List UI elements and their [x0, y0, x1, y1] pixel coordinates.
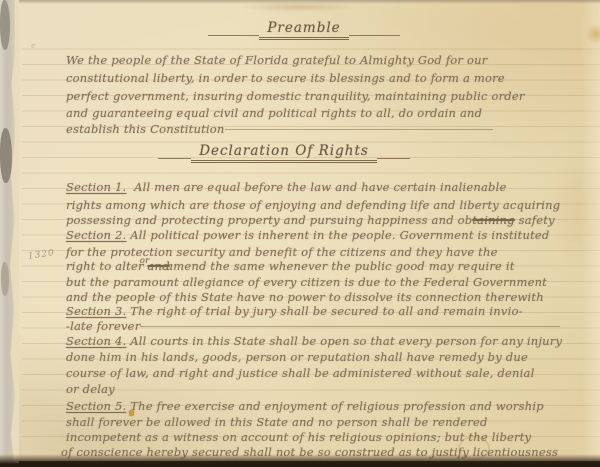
- ink-dot-stain: [129, 410, 134, 416]
- heading-rule-left: [158, 158, 191, 159]
- manuscript-line: done him in his lands, goods, person or …: [66, 350, 528, 364]
- inserted-word: or: [140, 256, 150, 266]
- manuscript-line: -late forever: [66, 319, 560, 333]
- line-text: rights among which are those of enjoying…: [66, 198, 560, 212]
- declaration-title: Declaration Of Rights: [191, 143, 377, 163]
- section-label: Section 4.: [66, 334, 126, 348]
- manuscript-line: possessing and protecting property and p…: [66, 213, 555, 227]
- line-text: All courts in this State shall be open s…: [126, 334, 562, 348]
- torn-edge-fragment: [0, 0, 10, 50]
- line-text: right to alter: [66, 259, 148, 273]
- heading-rule-left: [208, 35, 259, 36]
- marginal-note: 1320: [27, 248, 55, 262]
- manuscript-line: Section 1. All men are equal before the …: [66, 180, 506, 194]
- manuscript-line: perfect government, insuring domestic tr…: [66, 89, 525, 103]
- ink-stain: [586, 24, 600, 44]
- line-text: but the paramount allegiance of every ci…: [66, 275, 547, 289]
- line-text: possessing and protecting property and p…: [66, 213, 472, 227]
- line-text: The right of trial by jury shall be secu…: [126, 304, 522, 318]
- line-text: course of law, and right and justice sha…: [66, 366, 534, 380]
- line-text: shall forever be allowed in this State a…: [66, 415, 488, 429]
- manuscript-line: shall forever be allowed in this State a…: [66, 415, 488, 429]
- manuscript-line: for the protection security and benefit …: [66, 245, 498, 259]
- preamble-title: Preamble: [259, 20, 348, 40]
- line-text: perfect government, insuring domestic tr…: [66, 89, 525, 103]
- line-text: amend the same whenever the public good …: [162, 259, 514, 273]
- line-text: constitutional liberty, in order to secu…: [66, 71, 505, 85]
- section-label: Section 5.: [66, 399, 126, 413]
- heading-rule-right: [377, 158, 410, 159]
- manuscript-line: Section 4. All courts in this State shal…: [66, 334, 562, 348]
- page-top-shadow: [8, 0, 600, 4]
- line-text: All men are equal before the law and hav…: [126, 180, 506, 194]
- line-text: or delay: [66, 382, 115, 396]
- manuscript-line: but the paramount allegiance of every ci…: [66, 275, 547, 289]
- struck-word: taining: [472, 213, 514, 227]
- line-text: We the people of the State of Florida gr…: [66, 53, 487, 67]
- line-text: -late forever: [66, 319, 140, 333]
- manuscript-line: rights among which are those of enjoying…: [66, 198, 560, 212]
- section-label: Section 2.: [66, 228, 126, 242]
- line-text: and the people of this State have no pow…: [66, 290, 544, 304]
- manuscript-line: and the people of this State have no pow…: [66, 290, 544, 304]
- torn-edge-fragment: [1, 262, 9, 296]
- line-text: All political power is inherent in the p…: [126, 228, 549, 242]
- torn-edge-fragment: [0, 128, 12, 183]
- right-edge-highlight: [582, 0, 600, 461]
- section-label: Section 3.: [66, 304, 126, 318]
- line-text: for the protection security and benefit …: [66, 245, 498, 259]
- manuscript-line: Section 3. The right of trial by jury sh…: [66, 304, 523, 318]
- line-text: done him in his lands, goods, person or …: [66, 350, 528, 364]
- page-bottom-shadow: [0, 454, 600, 467]
- manuscript-line: constitutional liberty, in order to secu…: [66, 71, 505, 85]
- manuscript-line: Section 5. The free exercise and enjoyme…: [66, 399, 544, 413]
- line-text: The free exercise and enjoyment of relig…: [126, 399, 543, 413]
- heading-rule-right: [349, 35, 400, 36]
- line-text: safety: [515, 213, 555, 227]
- section-label: Section 1.: [66, 180, 126, 194]
- preamble-heading: Preamble: [208, 20, 400, 40]
- line-text: establish this Constitution: [66, 122, 225, 136]
- manuscript-line: and guaranteeing equal civil and politic…: [66, 106, 482, 120]
- manuscript-line: right to alter andor amend the same when…: [66, 259, 515, 273]
- pencil-mark: e: [31, 41, 36, 50]
- manuscript-line: establish this Constitution: [66, 122, 493, 136]
- torn-paper-edge: [0, 0, 15, 467]
- manuscript-line: course of law, and right and justice sha…: [66, 366, 534, 380]
- manuscript-page: Preamble Declaration Of Rights We the pe…: [8, 0, 600, 461]
- manuscript-line: or delay: [66, 382, 115, 396]
- declaration-heading: Declaration Of Rights: [158, 143, 410, 163]
- manuscript-line: We the people of the State of Florida gr…: [66, 53, 487, 67]
- scanned-document: Preamble Declaration Of Rights We the pe…: [0, 0, 600, 467]
- manuscript-line: Section 2. All political power is inhere…: [66, 228, 549, 242]
- line-text: and guaranteeing equal civil and politic…: [66, 106, 482, 120]
